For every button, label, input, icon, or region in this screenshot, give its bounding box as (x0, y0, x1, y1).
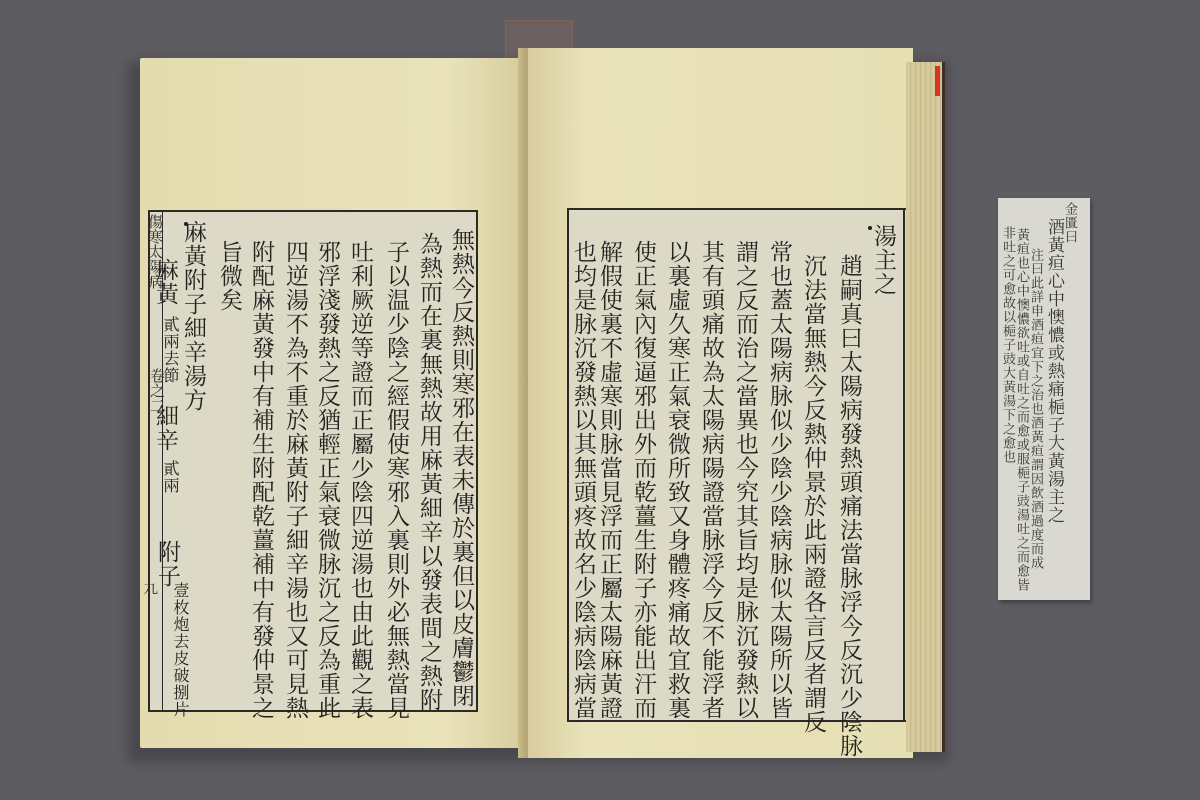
ingredient-mahuang-name: 麻黃 (150, 258, 180, 306)
ingredient-xixin-dose: 貳兩 (160, 460, 180, 494)
right-text-column-7: 以裏虛久寒正氣衰微所致又身體疼痛故宜救裏 (662, 240, 692, 720)
ingredient-mahuang-dose: 貳兩去節 (160, 316, 180, 384)
slip-note-column-3: 非吐之可愈故以梔子豉大黃湯下之愈也 (1000, 226, 1015, 526)
left-text-column-3: 子以温少陰之經假使寒邪入裏則外必無熱當見 (381, 240, 411, 720)
left-text-column-8: 旨微矣 (214, 240, 244, 312)
slip-header: 金匱曰 (1062, 202, 1077, 244)
ingredient-xixin-name: 細辛 (150, 404, 180, 452)
slip-note-column-1: 注曰此詳申酒疸宜下之治也酒黃疸謂因飲酒過度而成 (1028, 248, 1043, 588)
punctuation-dot (184, 222, 188, 226)
right-text-column-4: 常也蓋太陽病脉似少陰少陰病脉似太陽所以皆 (764, 240, 794, 720)
formula-title: 麻黃附子細辛湯方 (178, 220, 208, 412)
right-text-column-3: 沉法當無熱今反熱仲景於此兩證各言反者謂反 (798, 254, 828, 734)
right-text-column-2: 趙嗣真曰太陽病發熱頭痛法當脉浮今反沉少陰脉 (834, 254, 864, 758)
slip-main-text: 酒黃疸心中懊憹或熱痛梔子大黃湯主之 (1044, 218, 1064, 524)
right-text-column-10: 也均是脉沉發熱以其無頭疼故名少陰病陰病當 (568, 240, 598, 720)
annotation-slip: 金匱曰 酒黃疸心中懊憹或熱痛梔子大黃湯主之 注曰此詳申酒疸宜下之治也酒黃疸謂因飲… (998, 198, 1090, 600)
page-block-edge (906, 62, 945, 752)
left-text-column-1: 無熱今反熱則寒邪在表未傳於裏但以皮膚鬱閉 (446, 228, 476, 708)
left-text-column-7: 附配麻黃發中有補生附配乾薑補中有發仲景之 (246, 240, 276, 720)
right-text-column-6: 其有頭痛故為太陽病陽證當脉浮今反不能浮者 (696, 240, 726, 720)
ingredient-fuzi-dose: 壹枚炮去皮破捌片 (150, 582, 190, 678)
left-text-column-5: 邪浮淺發熱之反猶輕正氣衰微脉沉之反為重此 (312, 240, 342, 720)
right-text-column-8: 使正氣內復逼邪出外而乾薑生附子亦能出汗而 (628, 240, 658, 720)
left-text-column-2: 為熱而在裏無熱故用麻黃細辛以發表間之熱附 (414, 232, 444, 712)
right-text-column-9: 解假使裏不虛寒則脉當見浮而正屬太陽麻黃證 (594, 240, 624, 720)
slip-note-column-2: 黃疸也心中懊憹欲吐或自吐之而愈或服梔子豉湯吐之而愈皆 (1014, 228, 1029, 588)
left-text-column-6: 四逆湯不為不重於麻黃附子細辛湯也又可見熱 (280, 240, 310, 720)
punctuation-dot (868, 226, 872, 230)
right-text-column-5: 謂之反而治之當異也今究其旨均是脉沉發熱以 (730, 240, 760, 720)
ingredient-fuzi-name: 附子 (152, 540, 182, 588)
red-edge-mark (935, 66, 940, 96)
left-text-column-4: 吐利厥逆等證而正屬少陰四逆湯也由此觀之表 (345, 240, 375, 720)
right-text-column-1: 湯主之 (868, 224, 898, 296)
